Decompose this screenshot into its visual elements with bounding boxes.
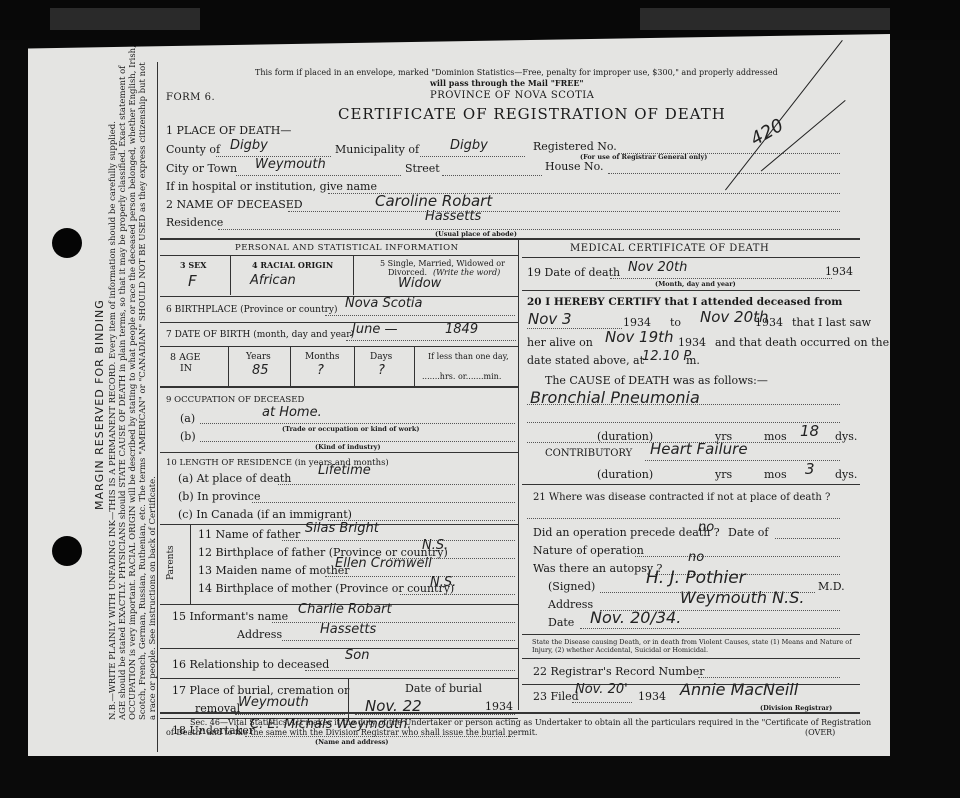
hospital-label: If in hospital or institution, give name	[166, 180, 377, 193]
contributory-dys-label: dys.	[835, 468, 857, 481]
division-registrar-note: (Division Registrar)	[760, 704, 832, 712]
age-years-label: Years	[246, 352, 271, 362]
father-name-value: Silas Bright	[305, 521, 379, 536]
physician-address-label: Address	[548, 598, 593, 611]
binding-hole	[52, 536, 82, 566]
residence-value: Hassetts	[425, 209, 481, 224]
alive-on-year: 1934	[678, 336, 706, 349]
operation-value: no	[698, 520, 714, 535]
personal-heading: PERSONAL AND STATISTICAL INFORMATION	[235, 243, 459, 253]
operation-label: Did an operation precede death ?	[533, 526, 720, 539]
province-heading: PROVINCE OF NOVA SCOTIA	[430, 90, 594, 101]
marital-note: (Write the word)	[433, 268, 500, 277]
time-suffix: m.	[686, 354, 700, 367]
mother-name-value: Ellen Cromwell	[335, 556, 432, 571]
contributory-label: CONTRIBUTORY	[545, 448, 632, 459]
undertaker-note: (Name and address)	[315, 738, 389, 746]
scan-artifact	[640, 8, 890, 30]
racial-origin-value: African	[250, 273, 296, 288]
physician-signature: H. J. Pothier	[646, 568, 746, 588]
sex-label: 3 SEX	[180, 260, 206, 270]
margin-binding-label: MARGIN RESERVED FOR BINDING	[94, 299, 105, 510]
street-label: Street	[405, 162, 440, 175]
informant-name-label: 15 Informant's name	[172, 610, 288, 623]
autopsy-label: Was there an autopsy ?	[533, 562, 662, 575]
municipality-label: Municipality of	[335, 143, 419, 156]
occupation-a-note: (Trade or occupation or kind of work)	[282, 425, 419, 433]
dob-label: 7 DATE OF BIRTH (month, day and year)	[166, 330, 354, 340]
division-registrar-signature: Annie MacNeill	[680, 680, 798, 699]
violent-causes-note: State the Disease causing Death, or in d…	[532, 638, 852, 654]
city-label: City or Town	[166, 162, 237, 175]
form-number: FORM 6.	[166, 92, 215, 103]
county-value: Digby	[230, 138, 268, 153]
deceased-name-label: 2 NAME OF DECEASED	[166, 198, 303, 211]
residence-b-label: (b) In province	[178, 490, 260, 503]
contributory-value: Heart Failure	[650, 440, 748, 458]
md-label: M.D.	[818, 580, 845, 593]
age-days-value: ?	[378, 363, 385, 378]
occupation-a-value: at Home.	[262, 405, 322, 420]
municipality-value: Digby	[450, 138, 488, 153]
filed-year: 1934	[638, 690, 666, 703]
city-value: Weymouth	[255, 157, 326, 172]
racial-origin-label: 4 RACIAL ORIGIN	[252, 260, 333, 270]
cause-of-death-label: The CAUSE of DEATH was as follows:—	[545, 374, 768, 387]
burial-place-value: Weymouth	[238, 695, 309, 710]
birthplace-label: 6 BIRTHPLACE (Province or country)	[166, 305, 338, 315]
birthplace-value: Nova Scotia	[345, 296, 423, 311]
death-occurred-label: and that death occurred on the	[715, 336, 889, 349]
residence-note: (Usual place of abode)	[435, 230, 517, 238]
alive-on-label: her alive on	[527, 336, 593, 349]
contributory-duration-label: (duration)	[597, 468, 653, 481]
dob-value: June —	[352, 322, 397, 337]
attended-from-value: Nov 3	[528, 310, 572, 328]
sec46-note-2: of Death" and to file the same with the …	[166, 728, 537, 737]
physician-address-value: Weymouth N.S.	[680, 588, 804, 607]
less-than-day-label: If less than one day,	[428, 352, 509, 361]
parents-label: Parents	[166, 545, 176, 580]
physician-date-label: Date	[548, 616, 574, 629]
mother-birthplace-value: N.S.	[430, 575, 456, 590]
house-no-label: House No.	[545, 160, 604, 173]
father-birthplace-value: N.S.	[422, 538, 448, 553]
last-saw-label: that I last saw	[792, 316, 871, 329]
occupation-b-note: (Kind of industry)	[315, 443, 381, 451]
contributory-yrs-label: yrs	[715, 468, 732, 481]
marital-value: Widow	[398, 276, 441, 291]
medical-heading: MEDICAL CERTIFICATE OF DEATH	[570, 243, 769, 254]
certify-label: 20 I HEREBY CERTIFY that I attended dece…	[527, 296, 842, 308]
binding-margin: MARGIN RESERVED FOR BINDING N.B.—WRITE P…	[80, 60, 160, 740]
residence-a-label: (a) At place of death	[178, 472, 291, 485]
operation-date-label: Date of	[728, 526, 769, 539]
time-label: date stated above, at	[527, 354, 644, 367]
binding-hole	[52, 228, 82, 258]
contributory-days-value: 3	[805, 460, 815, 478]
physician-date-value: Nov. 20/34.	[590, 608, 681, 627]
place-of-death-label: 1 PLACE OF DEATH—	[166, 124, 291, 137]
age-label-2: IN	[180, 363, 192, 374]
over-label: (OVER)	[805, 728, 835, 737]
column-divider	[518, 240, 519, 710]
occupation-b-label: (b)	[180, 430, 196, 443]
cause-days-value: 18	[800, 422, 819, 440]
nature-of-operation-label: Nature of operation	[533, 544, 644, 557]
registrar-record-label: 22 Registrar's Record Number	[533, 665, 704, 678]
residence-a-value: Lifetime	[318, 463, 371, 478]
deceased-name-value: Caroline Robart	[375, 192, 492, 210]
age-label: 8 AGE	[170, 352, 200, 363]
informant-name-value: Charlie Robart	[298, 602, 392, 617]
signed-label: (Signed)	[548, 580, 595, 593]
marital-label: 5 Single, Married, Widowed or	[380, 259, 505, 268]
informant-address-value: Hassetts	[320, 622, 376, 637]
section-divider	[160, 238, 860, 240]
hrs-min-label: .......hrs. or.......min.	[422, 372, 501, 381]
county-label: County of	[166, 143, 220, 156]
registered-no-label: Registered No.	[533, 140, 617, 153]
date-of-death-value: Nov 20th	[628, 260, 687, 275]
mail-notice: This form if placed in an envelope, mark…	[255, 68, 778, 77]
scan-artifact	[50, 8, 200, 30]
sec46-note: Sec. 46—Vital Statistics Act makes it th…	[190, 718, 871, 727]
certificate-title: CERTIFICATE OF REGISTRATION OF DEATH	[338, 105, 726, 123]
contributory-mos-label: mos	[764, 468, 787, 481]
relationship-value: Son	[345, 648, 369, 663]
residence-c-label: (c) In Canada (if an immigrant)	[178, 508, 352, 521]
sex-value: F	[188, 272, 197, 290]
date-of-death-note: (Month, day and year)	[655, 280, 736, 288]
scanner-top-band	[0, 0, 960, 40]
age-months-value: ?	[317, 363, 324, 378]
margin-divider	[157, 62, 158, 752]
burial-date-label: Date of burial	[405, 682, 482, 695]
filed-date-value: Nov. 20'	[575, 682, 628, 697]
age-days-label: Days	[370, 352, 392, 362]
occupation-a-label: (a)	[180, 412, 195, 425]
date-of-death-label: 19 Date of death	[527, 266, 620, 279]
date-of-death-year: 1934	[825, 265, 853, 278]
alive-on-value: Nov 19th	[605, 328, 674, 346]
mail-notice-free: will pass through the Mail "FREE"	[430, 78, 584, 88]
disease-contracted-label: 21 Where was disease contracted if not a…	[533, 492, 830, 503]
attended-to-year: 1934	[755, 316, 783, 329]
occupation-label: 9 OCCUPATION OF DECEASED	[166, 395, 304, 405]
informant-address-label: Address	[237, 628, 282, 641]
autopsy-value: no	[688, 550, 704, 565]
residence-label: Residence	[166, 216, 223, 229]
dob-year: 1849	[445, 322, 478, 337]
age-years-value: 85	[252, 363, 269, 378]
age-months-label: Months	[305, 352, 339, 362]
